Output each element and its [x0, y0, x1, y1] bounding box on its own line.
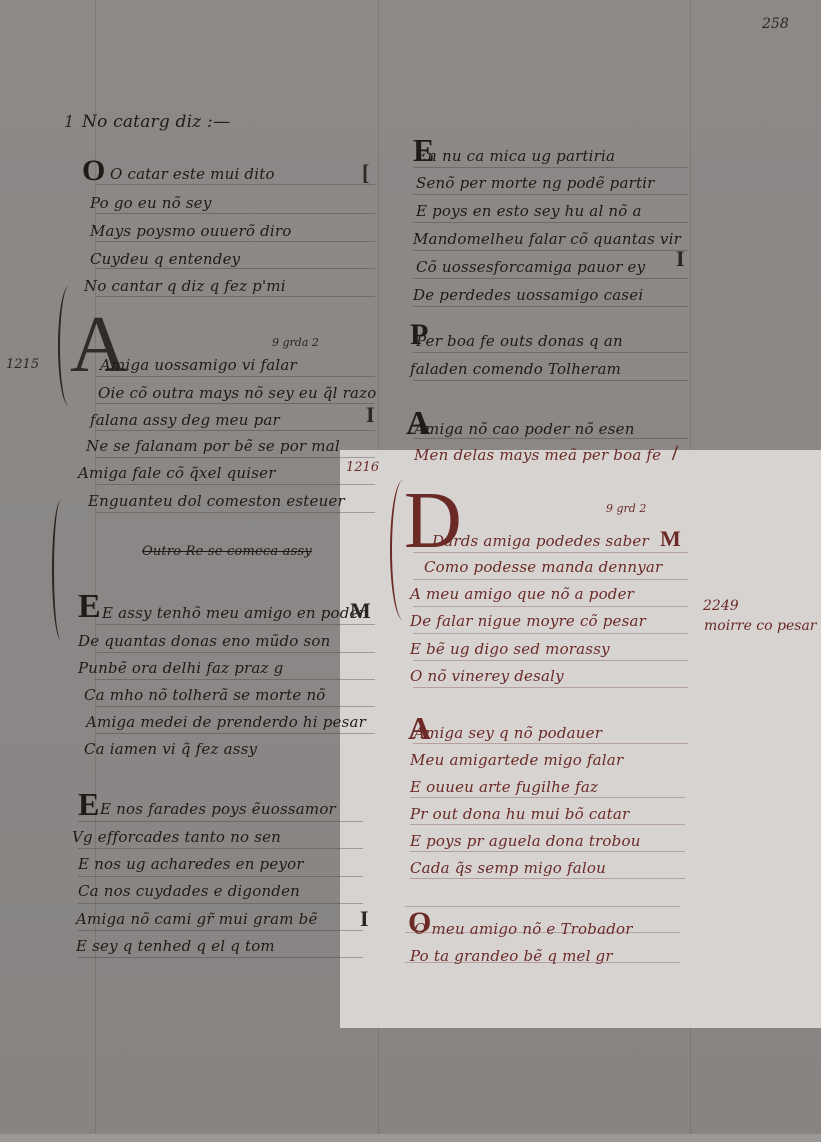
ruling	[413, 743, 688, 744]
verse-line: Mandomelheu falar cõ quantas vir	[413, 230, 681, 248]
heading-marker: 1	[64, 112, 74, 131]
folio-number: 258	[762, 16, 789, 32]
ruling	[78, 957, 363, 958]
verse-line: E sey q tenhed q el q tom	[76, 937, 275, 955]
verse-line: E poys en esto sey hu al nõ a	[416, 202, 642, 220]
ruling	[413, 352, 688, 353]
verse-line: O meu amigo nõ e Trobador	[414, 920, 633, 938]
verse-line: Amiga nõ cao poder nõ esen	[414, 420, 635, 438]
ruling	[413, 167, 688, 168]
verse-line: Amiga nõ cami gr̃ mui gram bẽ	[76, 910, 318, 928]
ruling	[405, 962, 680, 963]
ruling	[95, 679, 375, 680]
verse-line: Per boa fe outs donas q an	[416, 332, 623, 350]
verse-line: E nos farades poys ẽuossamor	[100, 800, 336, 818]
margin-marker: I	[366, 402, 375, 428]
page-bottom-edge	[0, 1134, 821, 1142]
ruling	[95, 213, 375, 214]
verse-line: Amiga sey q nõ podauer	[414, 724, 602, 742]
ruling	[95, 296, 375, 297]
ruling	[413, 306, 688, 307]
stanza-bracket	[52, 500, 70, 640]
ruling	[410, 797, 685, 798]
section-heading: No catarg diz :—	[82, 112, 230, 132]
ruling	[95, 376, 375, 377]
ruling	[95, 430, 375, 431]
verse-line: Pr out dona hu mui bõ catar	[410, 805, 629, 823]
manuscript-page: 258 1 No catarg diz :— O O catar este mu…	[0, 0, 821, 1142]
verse-line: Punbẽ ora delhi faz praz g	[78, 659, 283, 677]
decorated-initial: A	[70, 300, 128, 391]
margin-marker: /	[672, 440, 678, 466]
ruling	[78, 903, 363, 904]
verse-line: Senõ per morte ng podẽ partir	[416, 174, 655, 192]
struck-rubric: Outro Re se comeca assy	[142, 544, 312, 559]
poem-annotation: 9 grda 2	[272, 336, 319, 349]
ruling	[95, 733, 375, 734]
verse-line: Como podesse manda dennyar	[424, 558, 662, 576]
verse-line: Amiga medei de prenderdo hi pesar	[86, 713, 366, 731]
verse-line: O nõ vinerey desaly	[410, 667, 564, 685]
verse-line: E ouueu arte fugilhe faz	[410, 778, 598, 796]
ruling	[413, 222, 688, 223]
poem-number: 1216	[346, 460, 379, 475]
ruling	[413, 250, 688, 251]
side-note-text: moirre co pesar	[704, 618, 817, 634]
ruling	[95, 403, 375, 404]
poem-annotation: 9 grd 2	[606, 502, 646, 515]
ruling	[413, 552, 688, 553]
verse-line: E assy tenhõ meu amigo en poder	[102, 604, 366, 622]
ruling	[78, 821, 363, 822]
initial-letter: O	[82, 154, 105, 188]
ruling	[413, 660, 688, 661]
verse-line: De falar nigue moyre cõ pesar	[410, 612, 646, 630]
verse-line: Ca mho nõ tolherã se morte nõ	[84, 686, 326, 704]
ruling	[410, 851, 685, 852]
verse-line: O catar este mui dito	[110, 165, 275, 183]
verse-line: falana assy deg meu par	[90, 411, 280, 429]
decorated-initial: D	[404, 476, 462, 567]
initial-letter: E	[78, 786, 99, 823]
verse-line: Enguanteu dol comeston esteuer	[88, 492, 345, 510]
verse-line: Amiga uossamigo vi falar	[100, 356, 297, 374]
verse-line: Vg efforcades tanto no sen	[72, 828, 281, 846]
verse-line: E nos ug acharedes en peyor	[78, 855, 304, 873]
ruling	[95, 624, 375, 625]
ruling	[410, 878, 685, 879]
verse-line: Cada q̃s semp migo falou	[410, 859, 606, 877]
verse-line: Meu amigartede migo falar	[410, 751, 623, 769]
verse-line: Ca nos cuydades e digonden	[78, 882, 300, 900]
ruling	[95, 652, 375, 653]
ruling	[410, 824, 685, 825]
ruling	[95, 241, 375, 242]
initial-letter: E	[78, 588, 101, 626]
verse-line: En nu ca mica ug partiria	[416, 147, 615, 165]
ruling	[405, 906, 680, 907]
verse-line: A meu amigo que nõ a poder	[410, 585, 634, 603]
ruling	[95, 268, 375, 269]
ruling	[413, 633, 688, 634]
verse-line: De quantas donas eno mũdo son	[78, 632, 331, 650]
ruling	[95, 484, 375, 485]
ruling	[78, 848, 363, 849]
ruling	[413, 579, 688, 580]
margin-marker: I	[360, 906, 369, 932]
verse-line: Ca iamen vi q̃ fez assy	[84, 740, 257, 758]
ruling	[413, 194, 688, 195]
verse-line: Po go eu nõ sey	[90, 194, 212, 212]
margin-marker: M	[660, 526, 681, 552]
verse-line: Oie cõ outra mays nõ sey eu q̃l razo	[98, 384, 376, 402]
margin-marker: M	[350, 598, 371, 624]
ruling	[413, 380, 688, 381]
verse-line: Cuydeu q entendey	[90, 250, 240, 268]
ruling	[95, 457, 375, 458]
ruling	[78, 876, 363, 877]
verse-line: Dards amiga podedes saber	[432, 532, 649, 550]
verse-line: Cõ uossesforcamiga pauor ey	[416, 258, 645, 276]
verse-line: Men delas mays meã per boa fe	[414, 446, 661, 464]
ruling	[78, 930, 363, 931]
margin-marker: I	[676, 246, 685, 272]
ruling	[95, 184, 375, 185]
verse-line: Mays poysmo ouuerõ diro	[90, 222, 291, 240]
ruling	[95, 706, 375, 707]
ruling	[413, 687, 688, 688]
verse-line: E poys pr aguela dona trobou	[410, 832, 641, 850]
ruling	[95, 512, 375, 513]
ruling	[405, 932, 680, 933]
verse-line: No cantar q diz q fez p'mi	[84, 277, 286, 295]
verse-line: E bẽ ug digo sed morassy	[410, 640, 610, 658]
poem-number: 1215	[6, 357, 39, 372]
ruling	[413, 438, 688, 439]
verse-line: Amiga fale cõ q̃xel quiser	[78, 464, 276, 482]
side-note-number: 2249	[703, 598, 739, 614]
ruling	[413, 606, 688, 607]
ruling	[413, 278, 688, 279]
verse-line: Ne se falanam por bẽ se por mal	[86, 437, 340, 455]
verse-line: De perdedes uossamigo casei	[413, 286, 643, 304]
margin-marker: [	[362, 160, 369, 186]
verse-line: faladen comendo Tolheram	[410, 360, 621, 378]
